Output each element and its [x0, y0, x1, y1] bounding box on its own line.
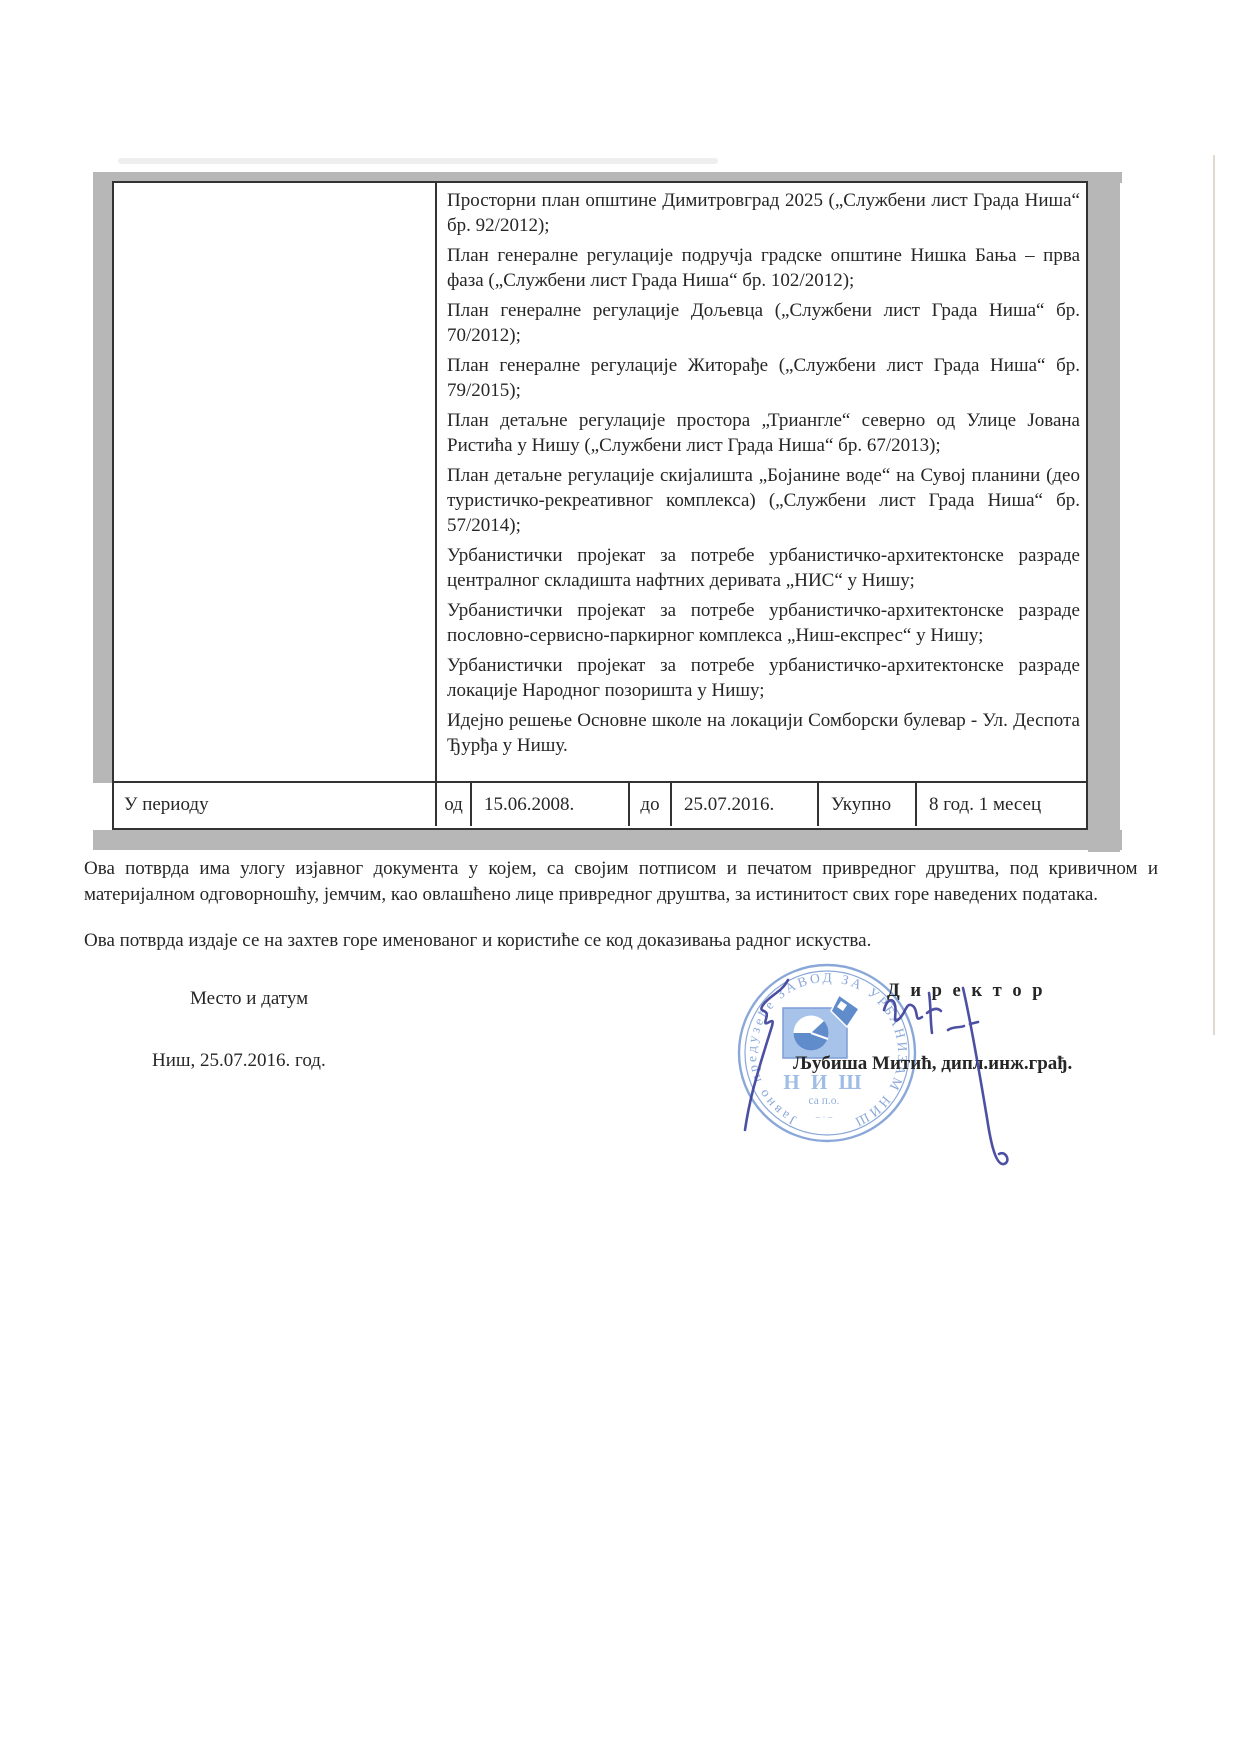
- table-cell-plans: Просторни план општине Димитровград 2025…: [437, 183, 1086, 781]
- table-scan-border-left: [93, 172, 112, 783]
- signature-stroke-left: [745, 980, 788, 1130]
- signature-stroke-flourish: [948, 1026, 964, 1030]
- signature-stroke-tall: [929, 993, 932, 1033]
- plan-item: Урбанистички пројекат за потребе урбанис…: [447, 543, 1080, 593]
- plan-item: Просторни план општине Димитровград 2025…: [447, 188, 1080, 238]
- table-row-plans: Просторни план општине Димитровград 2025…: [114, 183, 1086, 781]
- director-signature: [700, 948, 1160, 1218]
- place-and-date-value: Ниш, 25.07.2016. год.: [152, 1050, 326, 1072]
- signature-stroke-long: [963, 988, 1007, 1164]
- plan-item: План детаљне регулације скијалишта „Боја…: [447, 463, 1080, 538]
- plan-item: План генералне регулације подручја градс…: [447, 243, 1080, 293]
- plan-item: План генералне регулације Дољевца („Служ…: [447, 298, 1080, 348]
- period-total-value: 8 год. 1 месец: [917, 783, 1086, 826]
- plan-item: Идејно решење Основне школе на локацији …: [447, 708, 1080, 758]
- scan-edge-line: [1213, 155, 1215, 1035]
- plan-item: План детаљне регулације простора „Трианг…: [447, 408, 1080, 458]
- document-page: Просторни план општине Димитровград 2025…: [0, 0, 1240, 1754]
- period-from-label: од: [437, 783, 472, 826]
- period-to-label: до: [630, 783, 672, 826]
- table-scan-border-bottom: [93, 830, 1122, 850]
- table-scan-border-right: [1088, 172, 1120, 852]
- work-experience-table: Просторни план општине Димитровград 2025…: [112, 181, 1088, 830]
- plan-item: Урбанистички пројекат за потребе урбанис…: [447, 653, 1080, 703]
- declaration-paragraph: Ова потврда има улогу изјавног документа…: [84, 856, 1158, 908]
- table-cell-empty: [114, 183, 437, 781]
- period-label: У периоду: [114, 783, 437, 826]
- signature-stroke-initials: [884, 1000, 922, 1020]
- period-total-label: Укупно: [819, 783, 917, 826]
- place-and-date-label: Место и датум: [190, 988, 308, 1010]
- period-to-date: 25.07.2016.: [672, 783, 819, 826]
- plan-item: План генералне регулације Житорађе („Слу…: [447, 353, 1080, 403]
- plan-item: Урбанистички пројекат за потребе урбанис…: [447, 598, 1080, 648]
- scan-smudge: [118, 158, 718, 164]
- table-row-period: У периоду од 15.06.2008. до 25.07.2016. …: [114, 781, 1086, 826]
- period-from-date: 15.06.2008.: [472, 783, 630, 826]
